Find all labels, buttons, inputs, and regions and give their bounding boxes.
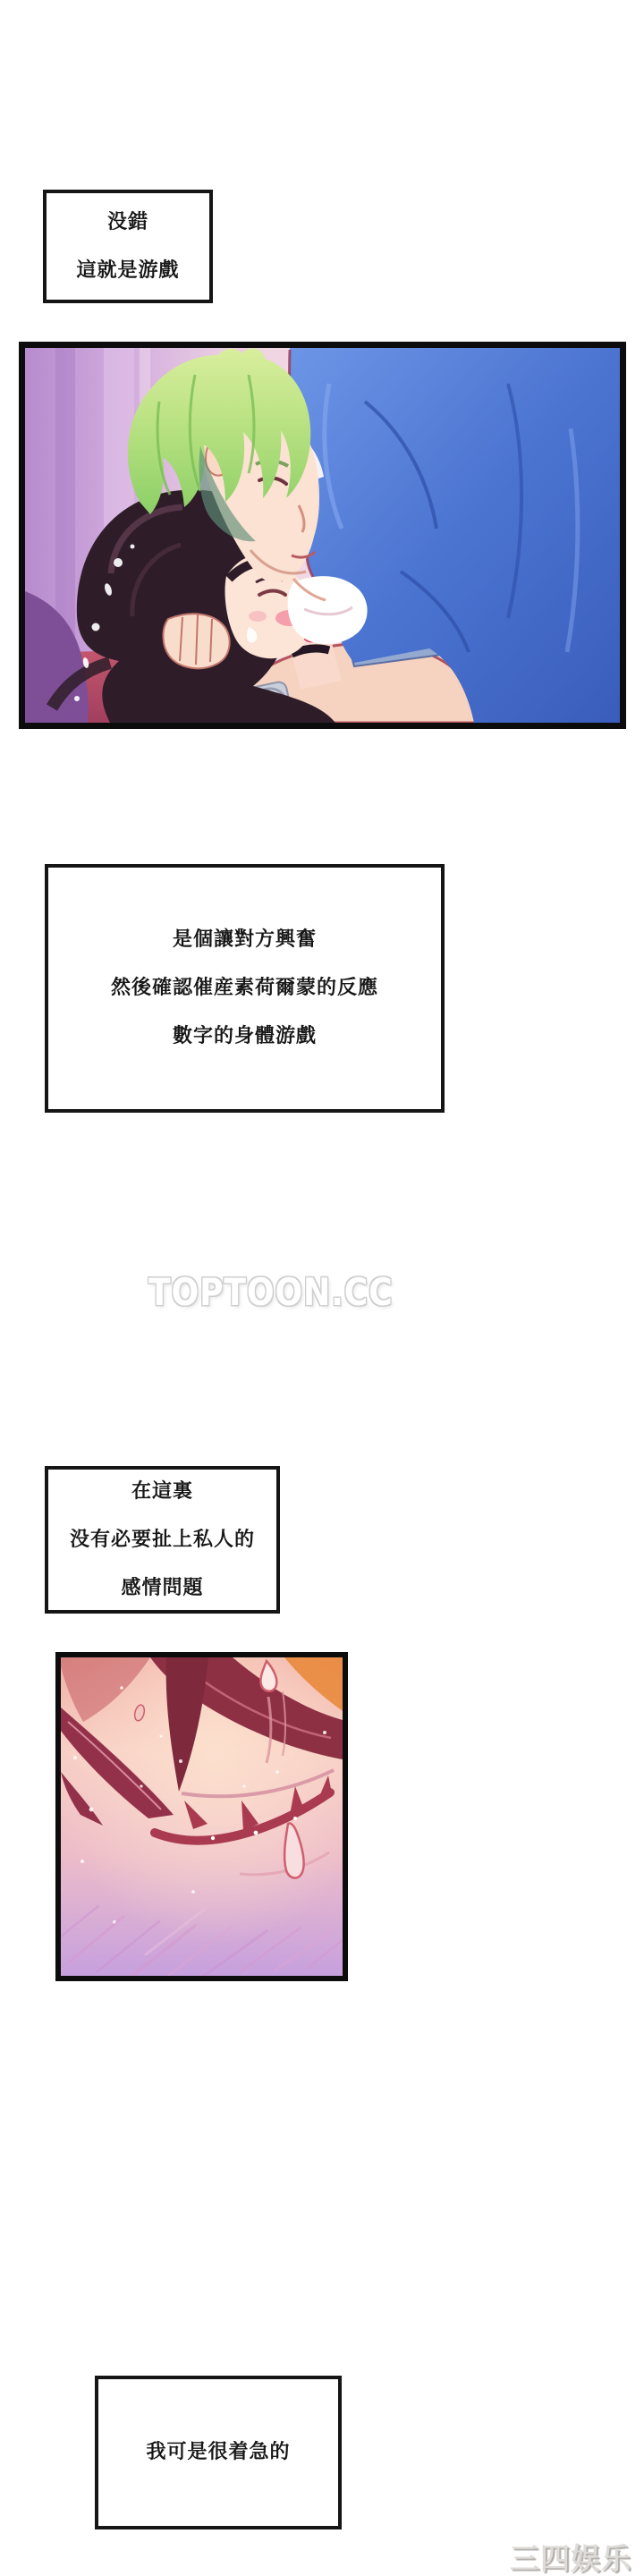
caption-text: 在這裏 [131, 1468, 193, 1516]
caption-text: 没有必要扯上私人的 [70, 1516, 255, 1564]
caption-text: 然後確認催産素荷爾蒙的反應 [111, 964, 378, 1013]
comic-panel-2 [55, 1652, 348, 1981]
caption-text: 數字的身體游戲 [173, 1013, 317, 1061]
panel2-artwork [61, 1657, 343, 1976]
caption-box-1: 没錯 這就是游戲 [43, 190, 213, 303]
webtoon-page: 没錯 這就是游戲 [0, 0, 644, 2576]
caption-box-3: 在這裏 没有必要扯上私人的 感情問題 [45, 1466, 280, 1614]
caption-text: 是個讓對方興奮 [173, 916, 317, 964]
panel1-artwork [25, 348, 620, 723]
caption-box-4: 我可是很着急的 [95, 2376, 342, 2529]
caption-text: 感情問題 [121, 1564, 203, 1613]
group-watermark: 三四娱乐 [510, 2536, 631, 2576]
site-watermark: TOPTOON.CC [148, 1270, 393, 1314]
comic-panel-1 [19, 342, 626, 729]
caption-text: 這就是游戲 [76, 247, 179, 295]
caption-box-2: 是個讓對方興奮 然後確認催産素荷爾蒙的反應 數字的身體游戲 [45, 864, 445, 1113]
caption-text: 我可是很着急的 [146, 2428, 290, 2477]
caption-text: 没錯 [107, 199, 148, 247]
